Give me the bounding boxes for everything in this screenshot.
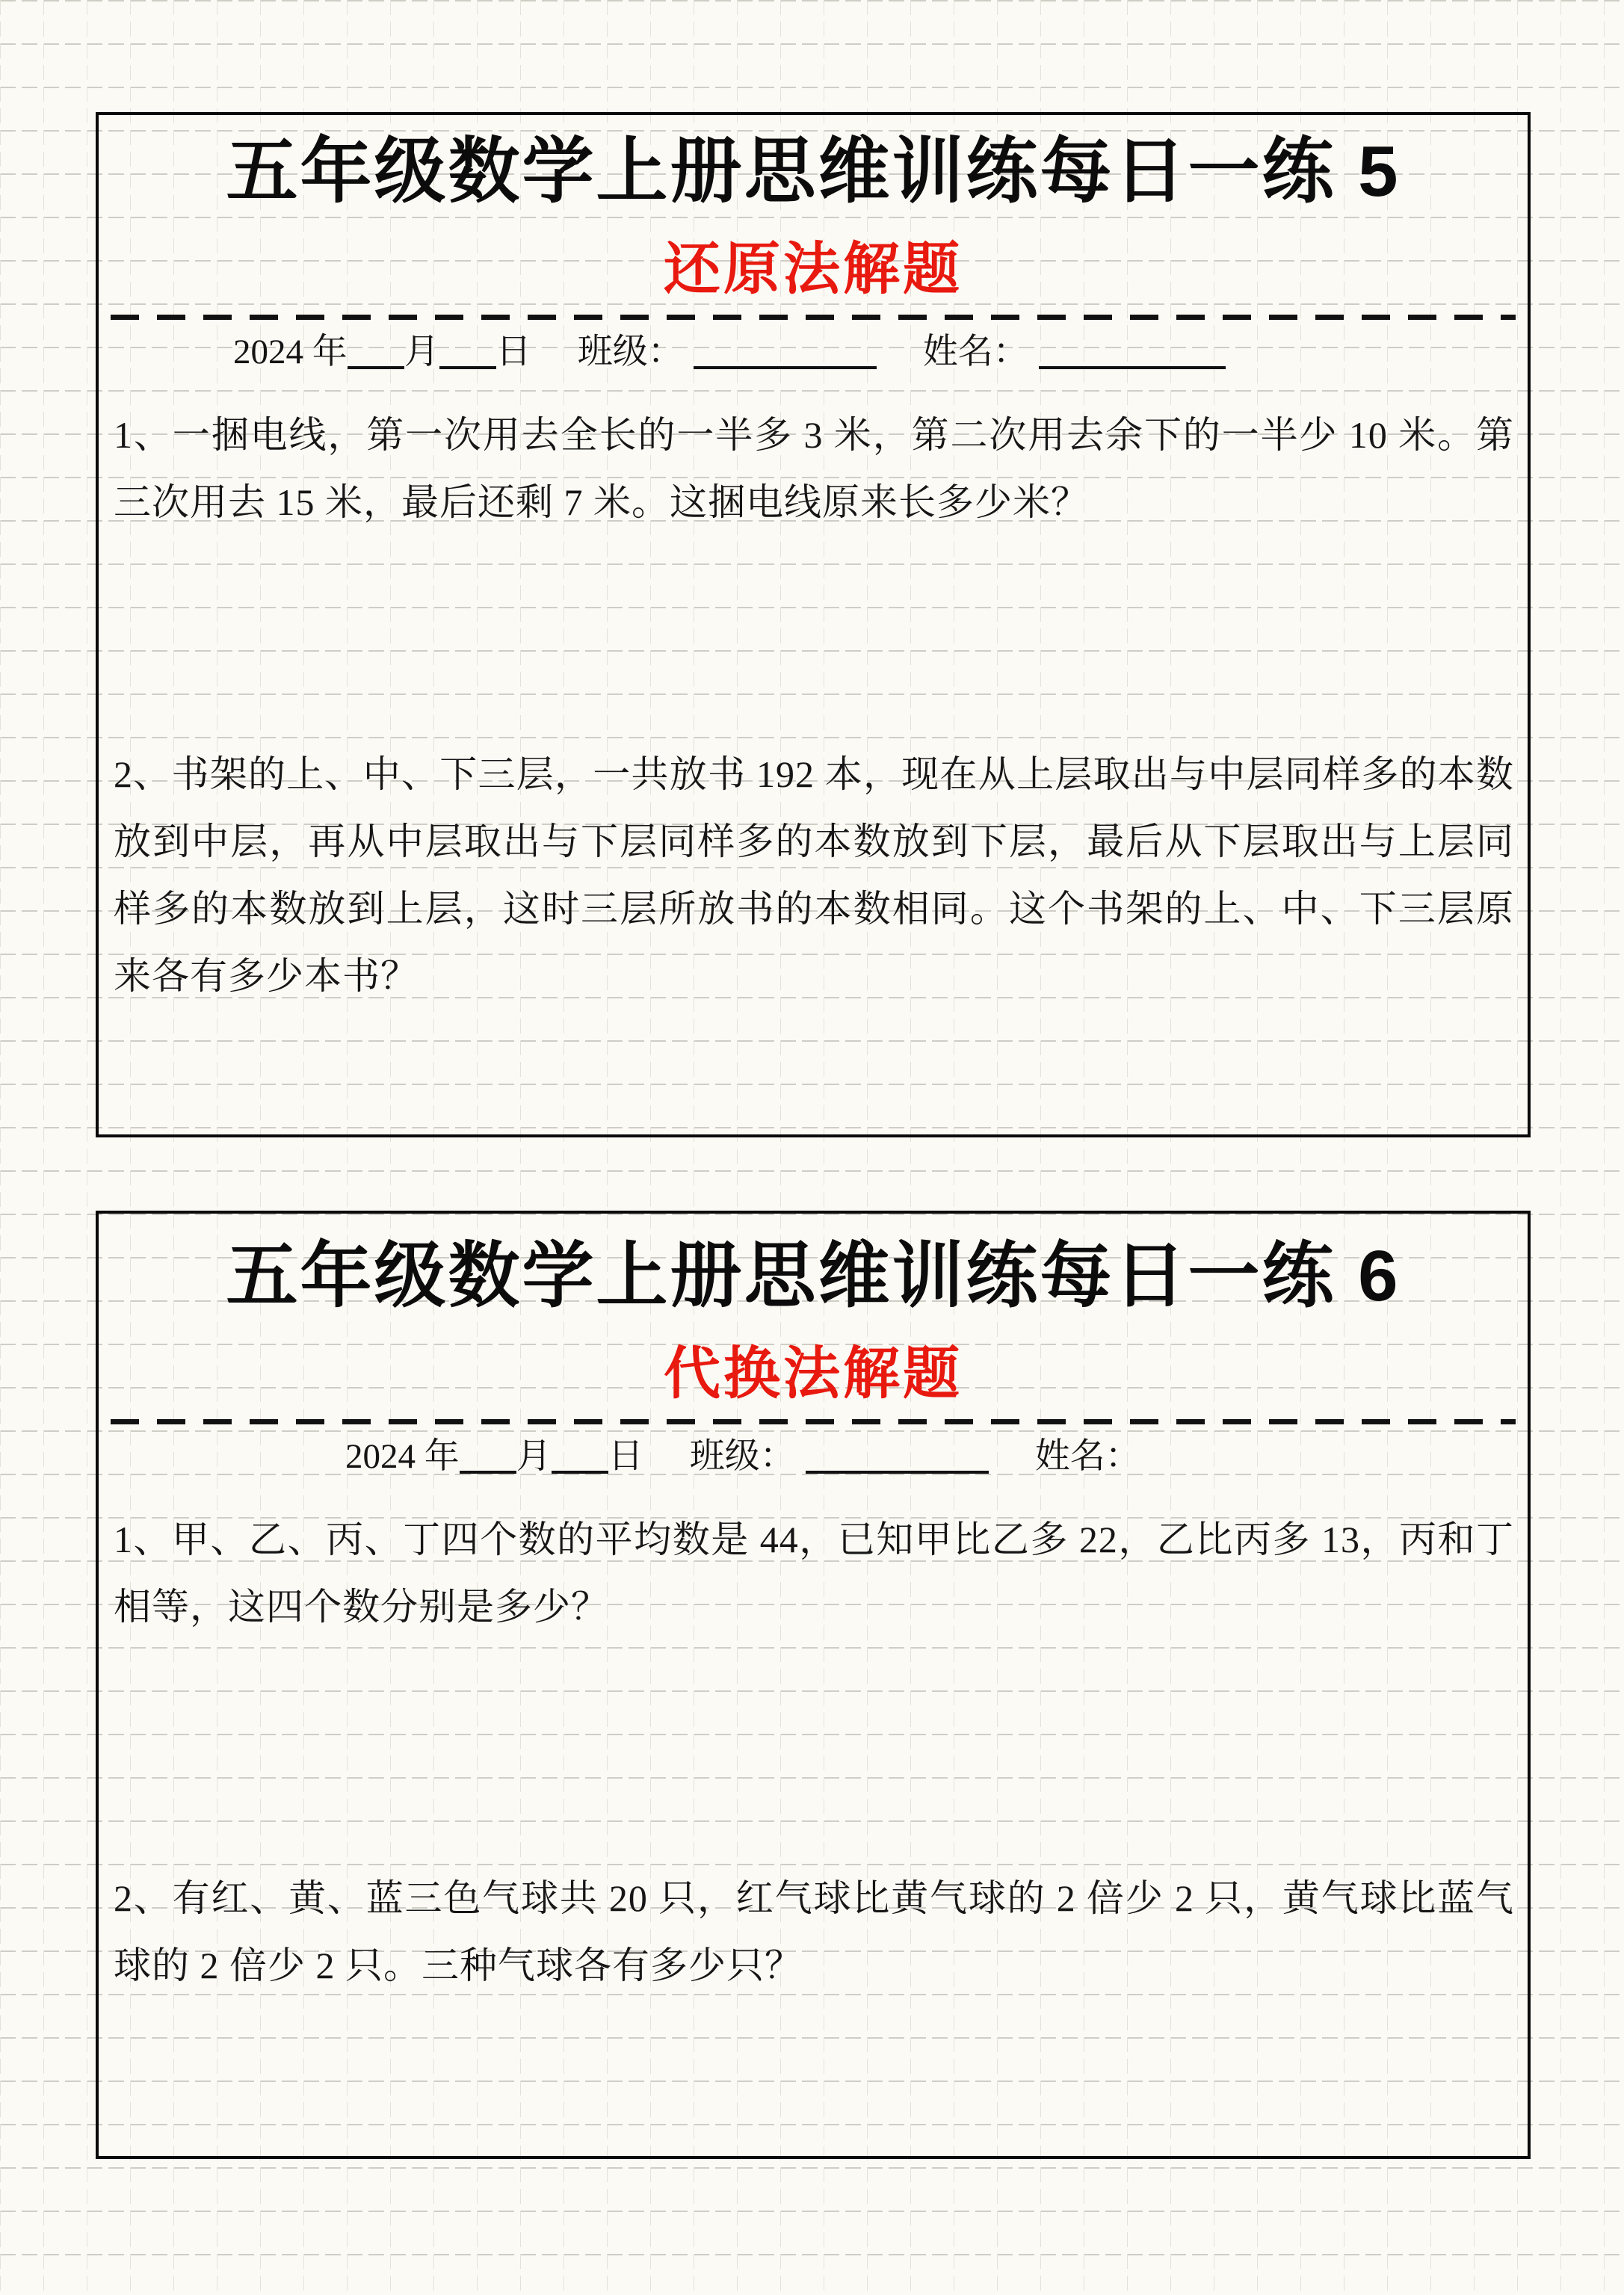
worksheet-section-5: 五年级数学上册思维训练每日一练 5 还原法解题 2024 年月日班级：姓名： 1…: [96, 112, 1531, 1137]
problem-text: 2、有红、黄、蓝三色气球共 20 只，红气球比黄气球的 2 倍少 2 只，黄气球…: [99, 1865, 1528, 1999]
month-blank-line: [460, 1441, 516, 1474]
day-blank-line: [552, 1441, 608, 1474]
year-label: 2024 年: [233, 333, 348, 371]
answer-space: [99, 1640, 1528, 1865]
month-blank-line: [348, 336, 404, 369]
name-blank-line: [1039, 336, 1226, 369]
worksheet-page: { "accent_color": "#e8190f", "paper": { …: [0, 0, 1624, 2295]
answer-space: [99, 536, 1528, 741]
name-label: 姓名：: [923, 333, 1028, 371]
problem-text: 1、一捆电线，第一次用去全长的一半多 3 米，第二次用去余下的一半少 10 米。…: [99, 401, 1528, 536]
worksheet-subtitle: 还原法解题: [99, 239, 1528, 302]
class-blank-line: [694, 336, 877, 369]
day-label: 日: [608, 1437, 643, 1476]
worksheet-title: 五年级数学上册思维训练每日一练 5: [99, 115, 1528, 212]
problem-text: 1、甲、乙、丙、丁四个数的平均数是 44，已知甲比乙多 22，乙比丙多 13，丙…: [99, 1506, 1528, 1640]
dashed-separator: [111, 1419, 1516, 1424]
worksheet-subtitle: 代换法解题: [99, 1344, 1528, 1406]
worksheet-title: 五年级数学上册思维训练每日一练 6: [99, 1214, 1528, 1317]
class-blank-line: [806, 1441, 989, 1474]
class-label: 班级：: [578, 333, 683, 371]
day-blank-line: [439, 336, 496, 369]
month-label: 月: [404, 333, 439, 371]
year-label: 2024 年: [345, 1437, 460, 1476]
worksheet-section-6: 五年级数学上册思维训练每日一练 6 代换法解题 2024 年月日班级：姓名： 1…: [96, 1211, 1531, 2159]
problem-text: 2、书架的上、中、下三层，一共放书 192 本，现在从上层取出与中层同样多的本数…: [99, 741, 1528, 1010]
name-label: 姓名：: [1035, 1437, 1140, 1476]
class-label: 班级：: [690, 1437, 795, 1476]
dashed-separator: [111, 315, 1516, 320]
month-label: 月: [516, 1437, 552, 1476]
date-line: 2024 年月日班级：姓名：: [99, 1435, 1528, 1477]
date-line: 2024 年月日班级：姓名：: [99, 330, 1528, 373]
day-label: 日: [496, 333, 531, 371]
